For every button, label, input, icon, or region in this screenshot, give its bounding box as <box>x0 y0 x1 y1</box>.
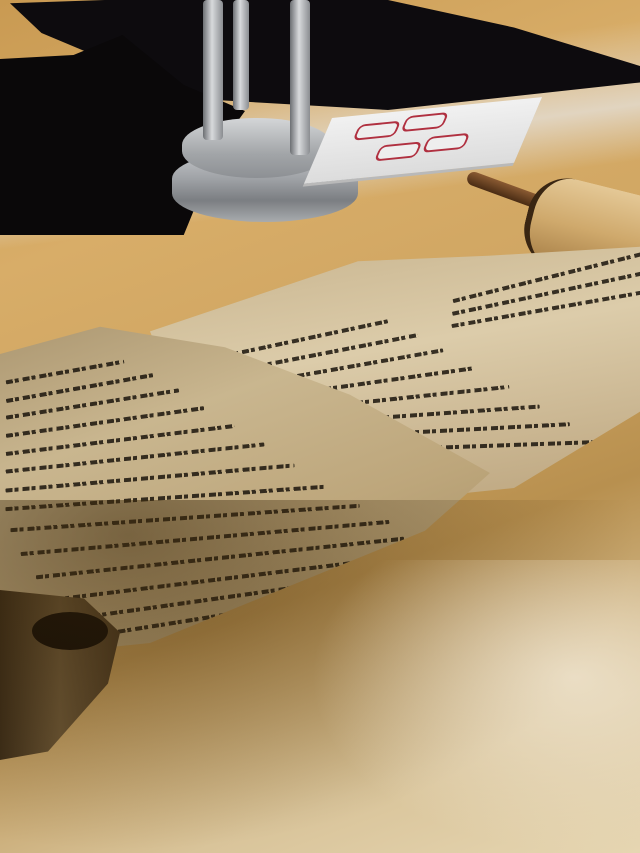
panel-button <box>400 112 449 132</box>
photo-scene: Photograph of an open handwritten Hebrew… <box>0 0 640 853</box>
chrome-rod <box>203 0 223 140</box>
panel-button <box>374 141 423 161</box>
panel-button <box>422 133 471 153</box>
table-highlight <box>310 560 640 853</box>
panel-button <box>352 121 401 141</box>
chrome-rod <box>290 0 310 155</box>
chrome-rod <box>233 0 249 110</box>
